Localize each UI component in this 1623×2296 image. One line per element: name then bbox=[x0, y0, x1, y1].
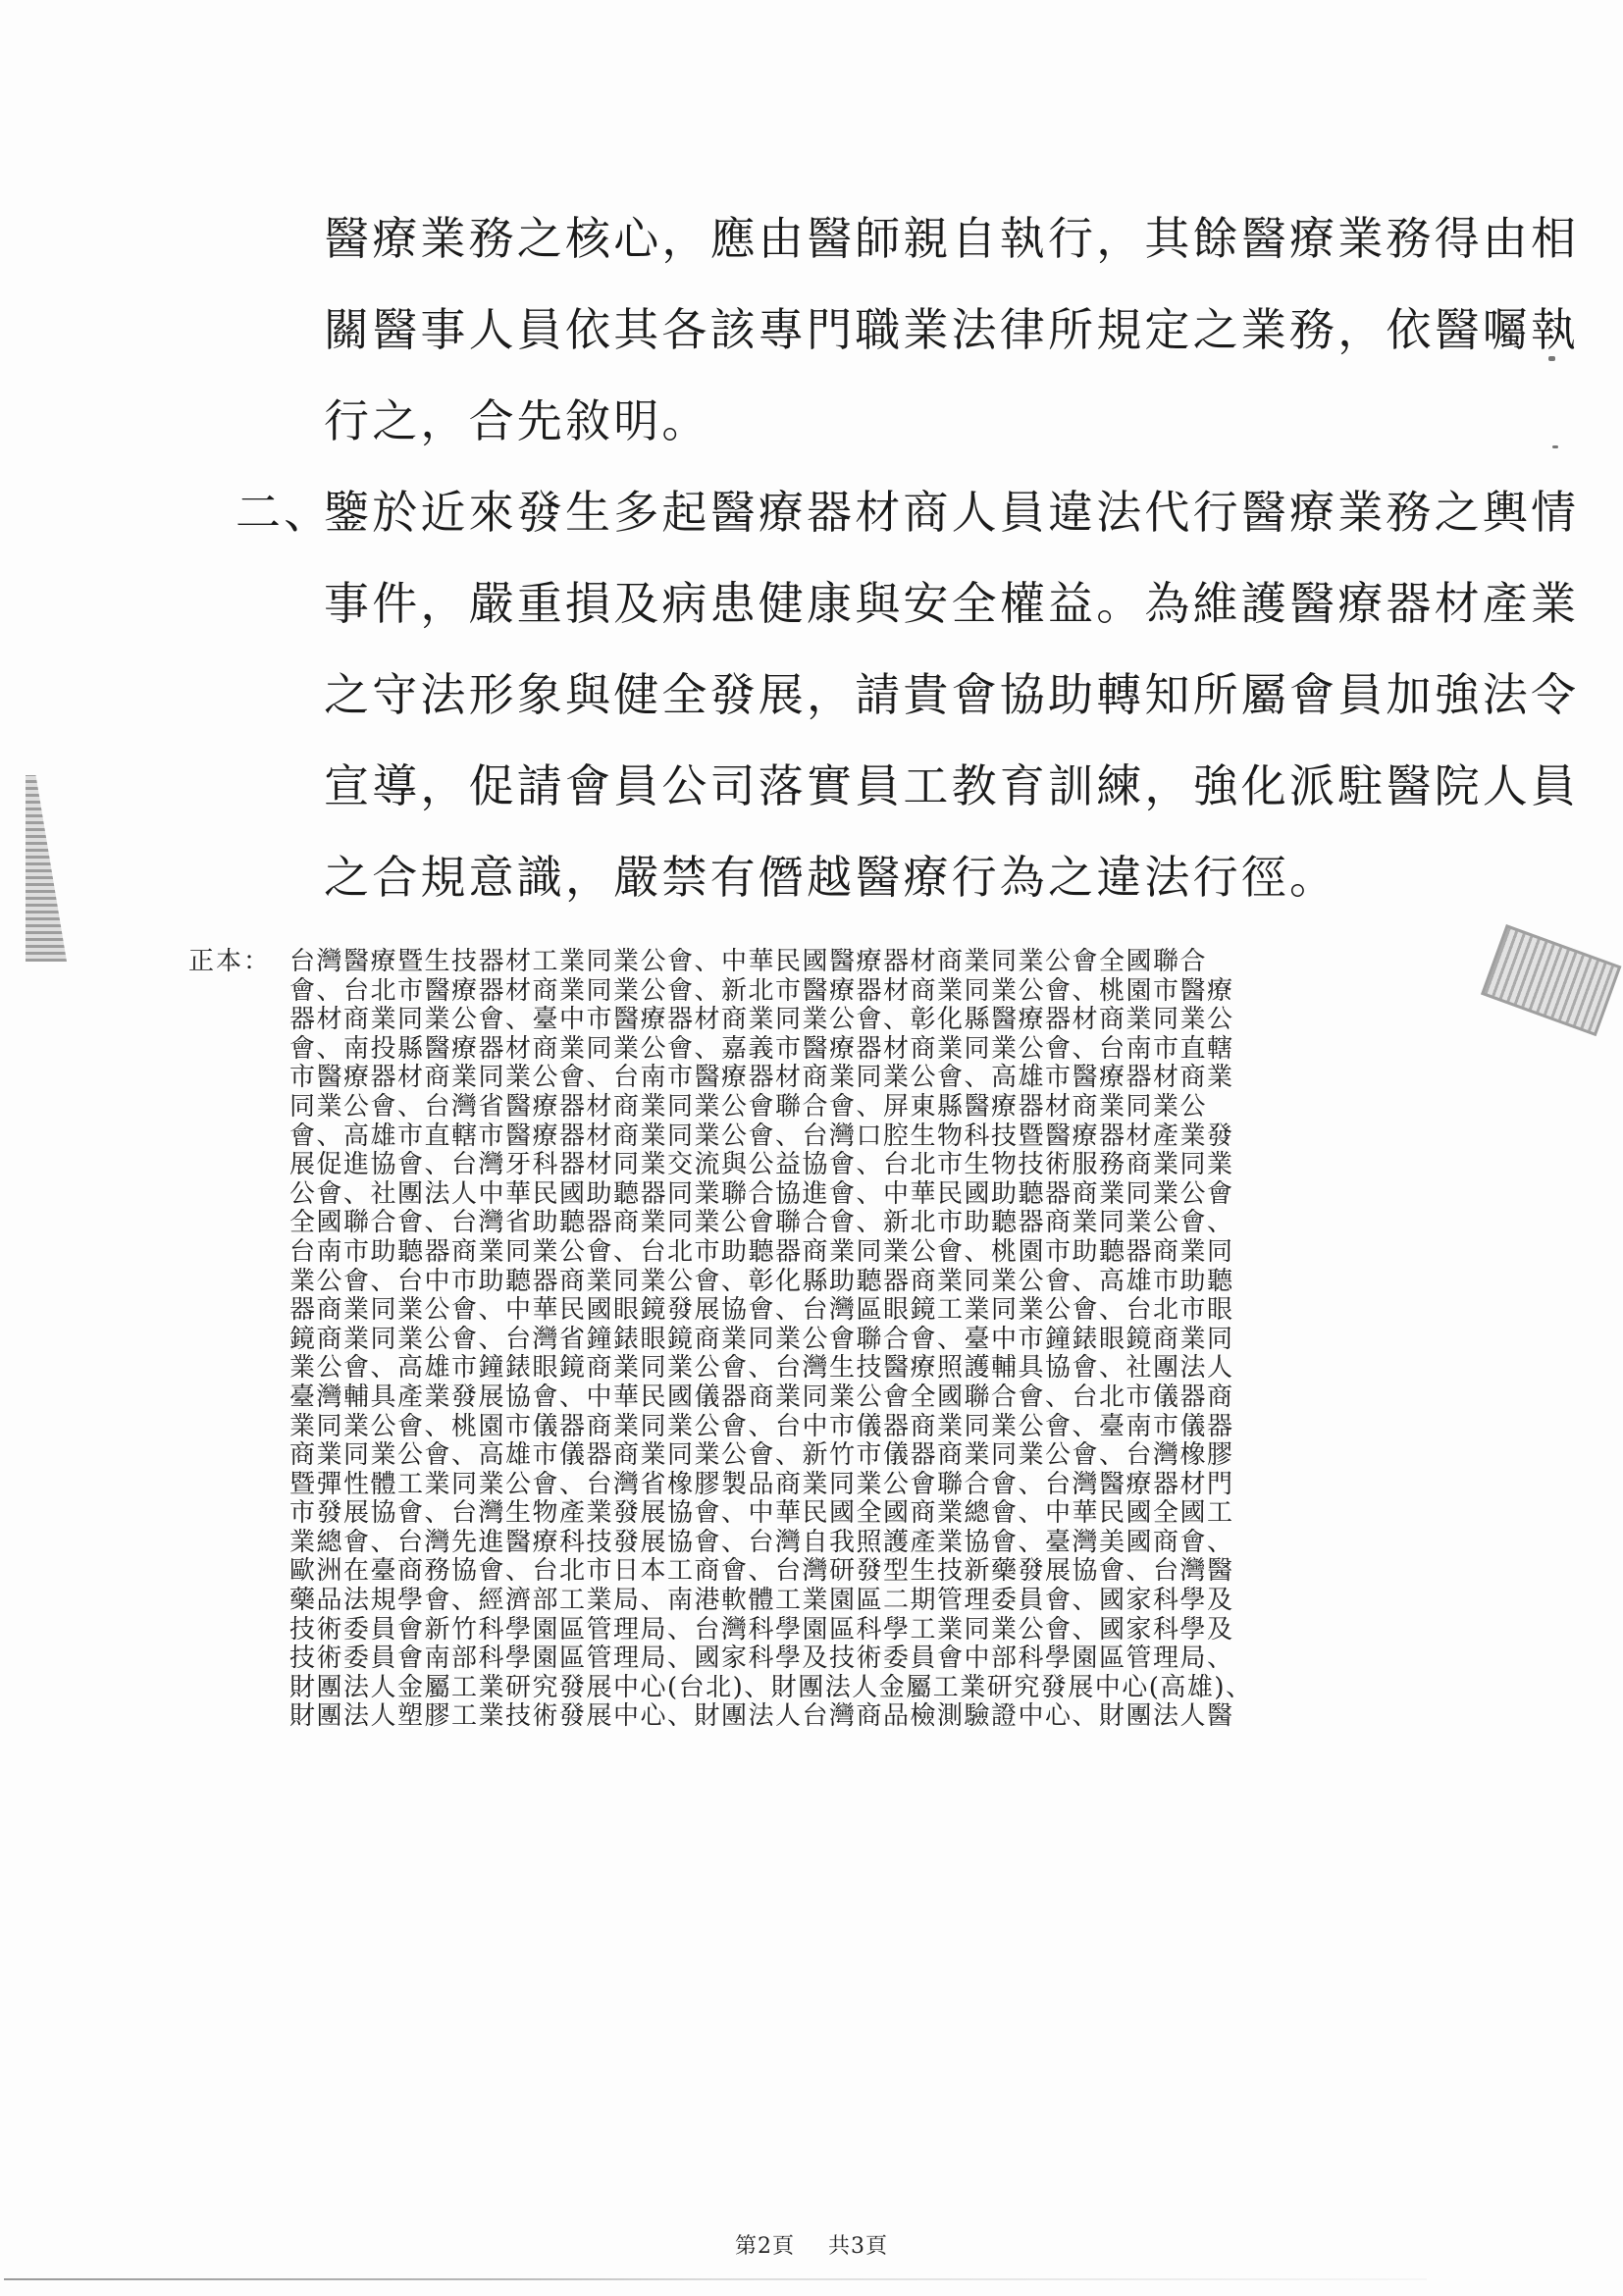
item-marker: 二、 bbox=[236, 467, 332, 558]
scan-edge-line bbox=[4, 2278, 1427, 2280]
recipients-line: 台南市助聽器商業同業公會、台北市助聽器商業同業公會、桃園市助聽器商業同 bbox=[289, 1238, 1457, 1268]
scan-speck bbox=[1552, 445, 1558, 448]
recipients-line: 技術委員會新竹科學園區管理局、台灣科學園區科學工業同業公會、國家科學及 bbox=[289, 1616, 1457, 1645]
recipients-line: 技術委員會南部科學園區管理局、國家科學及技術委員會中部科學園區管理局、 bbox=[289, 1644, 1457, 1674]
recipients-label: 正本： bbox=[188, 948, 271, 976]
recipients-line: 臺灣輔具產業發展協會、中華民國儀器商業同業公會全國聯合會、台北市儀器商 bbox=[289, 1383, 1457, 1413]
item-line: 鑒於近來發生多起醫療器材商人員違法代行醫療業務之輿情 bbox=[236, 467, 1477, 558]
page-footer: 第2頁共3頁 bbox=[0, 2229, 1623, 2260]
recipients-line: 會、高雄市直轄市醫療器材商業同業公會、台灣口腔生物科技暨醫療器材產業發 bbox=[289, 1122, 1457, 1152]
recipients-line: 市醫療器材商業同業公會、台南市醫療器材商業同業公會、高雄市醫療器材商業 bbox=[289, 1064, 1457, 1093]
item-line: 宣導，促請會員公司落實員工教育訓練，強化派駐醫院人員 bbox=[236, 741, 1477, 832]
recipients-line: 業同業公會、桃園市儀器商業同業公會、台中市儀器商業同業公會、臺南市儀器 bbox=[289, 1413, 1457, 1442]
recipients-line: 業公會、台中市助聽器商業同業公會、彰化縣助聽器商業同業公會、高雄市助聽 bbox=[289, 1268, 1457, 1297]
page-number-total: 共3頁 bbox=[828, 2234, 888, 2259]
paragraph-line: 醫療業務之核心，應由醫師親自執行，其餘醫療業務得由相 bbox=[324, 193, 1477, 285]
recipients-line: 藥品法規學會、經濟部工業局、南港軟體工業園區二期管理委員會、國家科學及 bbox=[289, 1587, 1457, 1616]
recipients-line: 業公會、高雄市鐘錶眼鏡商業同業公會、台灣生技醫療照護輔具協會、社團法人 bbox=[289, 1354, 1457, 1383]
recipients-line: 業總會、台灣先進醫療科技發展協會、台灣自我照護產業協會、臺灣美國商會、 bbox=[289, 1529, 1457, 1558]
recipients-line: 會、南投縣醫療器材商業同業公會、嘉義市醫療器材商業同業公會、台南市直轄 bbox=[289, 1035, 1457, 1065]
seal-stamp-right-edge bbox=[1481, 924, 1621, 1036]
recipients-line: 會、台北市醫療器材商業同業公會、新北市醫療器材商業同業公會、桃園市醫療 bbox=[289, 977, 1457, 1007]
page-number-current: 第2頁 bbox=[735, 2234, 795, 2259]
paragraph-continued: 醫療業務之核心，應由醫師親自執行，其餘醫療業務得由相 關醫事人員依其各該專門職業… bbox=[324, 193, 1477, 467]
recipients-line: 公會、社團法人中華民國助聽器同業聯合協進會、中華民國助聽器商業同業公會 bbox=[289, 1180, 1457, 1210]
recipients-line: 器商業同業公會、中華民國眼鏡發展協會、台灣區眼鏡工業同業公會、台北市眼 bbox=[289, 1296, 1457, 1326]
recipients-line: 市發展協會、台灣生物產業發展協會、中華民國全國商業總會、中華民國全國工 bbox=[289, 1499, 1457, 1529]
scan-speck bbox=[1548, 356, 1555, 361]
recipients-line: 財團法人塑膠工業技術發展中心、財團法人台灣商品檢測驗證中心、財團法人醫 bbox=[289, 1702, 1457, 1732]
recipients-line: 同業公會、台灣省醫療器材商業同業公會聯合會、屏東縣醫療器材商業同業公 bbox=[289, 1093, 1457, 1122]
recipients-line: 台灣醫療暨生技器材工業同業公會、中華民國醫療器材商業同業公會全國聯合 bbox=[289, 948, 1457, 977]
recipients-line: 財團法人金屬工業研究發展中心(台北)、財團法人金屬工業研究發展中心(高雄)、 bbox=[289, 1674, 1457, 1703]
recipients-line: 暨彈性體工業同業公會、台灣省橡膠製品商業同業公會聯合會、台灣醫療器材門 bbox=[289, 1471, 1457, 1500]
recipients-line: 鏡商業同業公會、台灣省鐘錶眼鏡商業同業公會聯合會、臺中市鐘錶眼鏡商業同 bbox=[289, 1326, 1457, 1355]
recipients-line: 全國聯合會、台灣省助聽器商業同業公會聯合會、新北市助聽器商業同業公會、 bbox=[289, 1209, 1457, 1238]
recipients-line: 展促進協會、台灣牙科器材同業交流與公益協會、台北市生物技術服務商業同業 bbox=[289, 1151, 1457, 1180]
seal-stamp-left-edge bbox=[26, 775, 67, 962]
document-page: 醫療業務之核心，應由醫師親自執行，其餘醫療業務得由相 關醫事人員依其各該專門職業… bbox=[0, 0, 1623, 2296]
paragraph-line: 關醫事人員依其各該專門職業法律所規定之業務，依醫囑執 bbox=[324, 285, 1477, 376]
item-line: 之合規意識，嚴禁有僭越醫療行為之違法行徑。 bbox=[236, 832, 1477, 923]
recipients-line: 商業同業公會、高雄市儀器商業同業公會、新竹市儀器商業同業公會、台灣橡膠 bbox=[289, 1441, 1457, 1471]
numbered-item-2: 二、 鑒於近來發生多起醫療器材商人員違法代行醫療業務之輿情 事件，嚴重損及病患健… bbox=[236, 467, 1477, 923]
recipients-line: 器材商業同業公會、臺中市醫療器材商業同業公會、彰化縣醫療器材商業同業公 bbox=[289, 1006, 1457, 1035]
recipients-list: 台灣醫療暨生技器材工業同業公會、中華民國醫療器材商業同業公會全國聯合 會、台北市… bbox=[289, 948, 1457, 1732]
recipients-line: 歐洲在臺商務協會、台北市日本工商會、台灣研發型生技新藥發展協會、台灣醫 bbox=[289, 1557, 1457, 1587]
item-line: 之守法形象與健全發展，請貴會協助轉知所屬會員加強法令 bbox=[236, 650, 1477, 741]
item-line: 事件，嚴重損及病患健康與安全權益。為維護醫療器材產業 bbox=[236, 558, 1477, 650]
paragraph-line: 行之，合先敘明。 bbox=[324, 376, 1477, 467]
